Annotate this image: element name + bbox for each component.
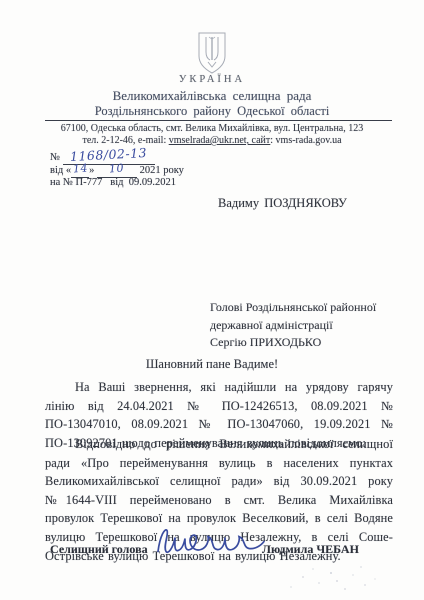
salutation: Шановний пане Вадиме! (0, 357, 424, 372)
date-close-quote: » (89, 165, 97, 176)
contact-suffix: : vms-rada.gov.ua (270, 135, 341, 146)
org-contact-line: тел. 2-12-46, e-mail: vmselrada@ukr.net,… (0, 135, 424, 146)
reply-to-line: на № П-777 від 09.09.2021 (50, 176, 250, 190)
contact-email-site: vmselrada@ukr.net, сайт (169, 135, 271, 146)
recipient-secondary-line3: Сергію ПРИХОДЬКО (210, 334, 410, 352)
country-name: УКРАЇНА (0, 74, 424, 85)
ukraine-tryzub-shield-icon (197, 32, 227, 74)
recipient-secondary-line2: державної адміністрації (210, 317, 410, 335)
outgoing-date-line: від «14» 10 2021 року (50, 162, 250, 176)
scan-noise-speckles (330, 572, 332, 574)
date-month-handwritten: 10 (109, 161, 125, 176)
contact-prefix: тел. 2-12-46, e-mail: (82, 135, 168, 146)
header-divider (45, 120, 392, 121)
date-prefix: від « (50, 165, 71, 176)
recipient-secondary-block: Голові Роздільнянської районної державно… (210, 299, 410, 352)
signer-title: Селищний голова (50, 542, 148, 557)
recipient-primary: Вадиму ПОЗДНЯКОВУ (218, 196, 418, 211)
date-day-handwritten: 14 (72, 161, 88, 176)
org-address: 67100, Одеська область, смт. Велика Миха… (0, 123, 424, 134)
handwritten-signature (150, 520, 270, 566)
org-name-line1: Великомихайлівська селищна рада (0, 88, 424, 104)
signer-name: Людмила ЧЕБАН (262, 542, 359, 557)
recipient-secondary-line1: Голові Роздільнянської районної (210, 299, 410, 317)
date-year-label: 2021 року (137, 165, 184, 176)
reference-block: № 1168/02-13 від «14» 10 2021 року на № … (50, 148, 250, 190)
scanned-letter-page: УКРАЇНА Великомихайлівська селищна рада … (0, 0, 424, 600)
outgoing-number-line: № 1168/02-13 (50, 148, 250, 162)
org-name-line2: Роздільнянського району Одеської області (0, 104, 424, 119)
